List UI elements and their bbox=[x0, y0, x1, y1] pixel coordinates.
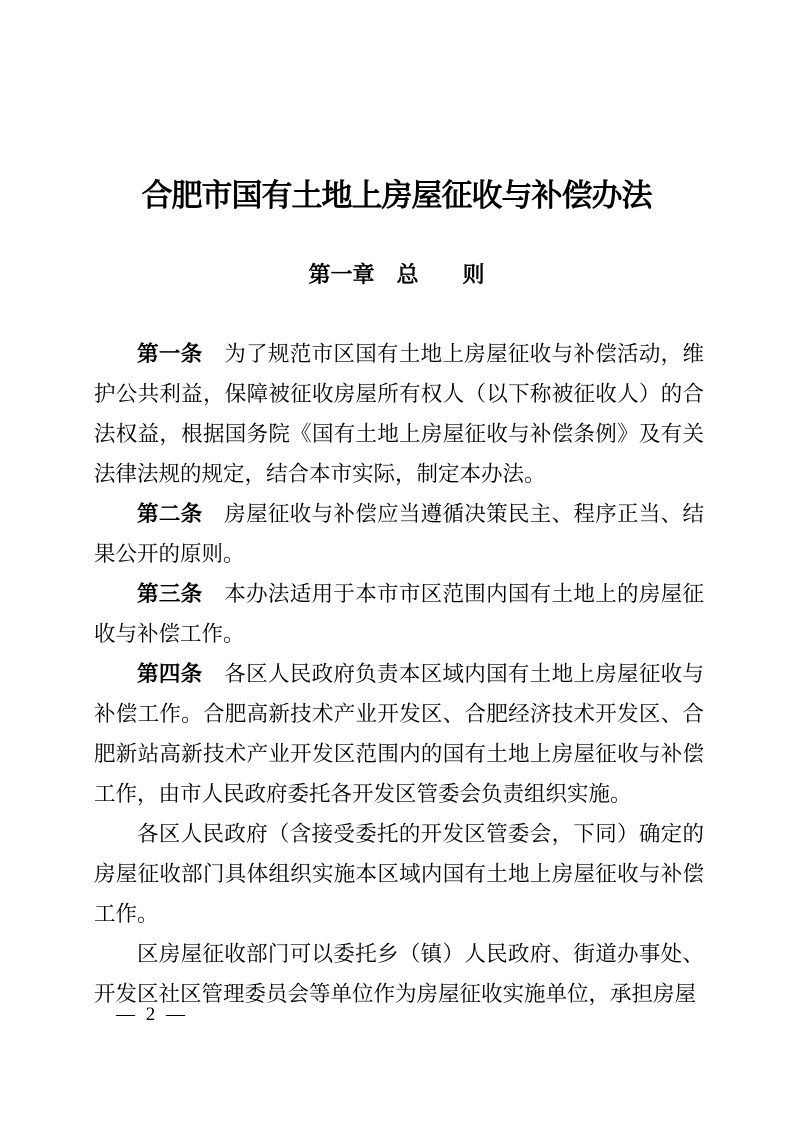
article-label: 第四条 bbox=[137, 662, 202, 686]
article-label: 第二条 bbox=[137, 502, 202, 526]
article-paragraph: 各区人民政府（含接受委托的开发区管委会，下同）确定的房屋征收部门具体组织实施本区… bbox=[94, 814, 704, 934]
article-paragraph: 第四条 各区人民政府负责本区域内国有土地上房屋征收与补偿工作。合肥高新技术产业开… bbox=[94, 654, 704, 814]
article-label: 第三条 bbox=[137, 582, 202, 606]
paragraph-text: 各区人民政府（含接受委托的开发区管委会，下同）确定的房屋征收部门具体组织实施本区… bbox=[94, 822, 704, 926]
page-number: — 2 — bbox=[116, 1004, 188, 1026]
document-title: 合肥市国有土地上房屋征收与补偿办法 bbox=[0, 170, 793, 215]
article-paragraph: 区房屋征收部门可以委托乡（镇）人民政府、街道办事处、开发区社区管理委员会等单位作… bbox=[94, 934, 704, 1014]
document-body: 第一条 为了规范市区国有土地上房屋征收与补偿活动，维护公共利益，保障被征收房屋所… bbox=[94, 334, 704, 1014]
article-label: 第一条 bbox=[137, 342, 202, 366]
article-paragraph: 第三条 本办法适用于本市市区范围内国有土地上的房屋征收与补偿工作。 bbox=[94, 574, 704, 654]
article-paragraph: 第一条 为了规范市区国有土地上房屋征收与补偿活动，维护公共利益，保障被征收房屋所… bbox=[94, 334, 704, 494]
document-page: 合肥市国有土地上房屋征收与补偿办法 第一章 总 则 第一条 为了规范市区国有土地… bbox=[0, 0, 793, 1122]
article-paragraph: 第二条 房屋征收与补偿应当遵循决策民主、程序正当、结果公开的原则。 bbox=[94, 494, 704, 574]
paragraph-text: 区房屋征收部门可以委托乡（镇）人民政府、街道办事处、开发区社区管理委员会等单位作… bbox=[94, 942, 704, 1006]
chapter-heading: 第一章 总 则 bbox=[0, 258, 793, 289]
